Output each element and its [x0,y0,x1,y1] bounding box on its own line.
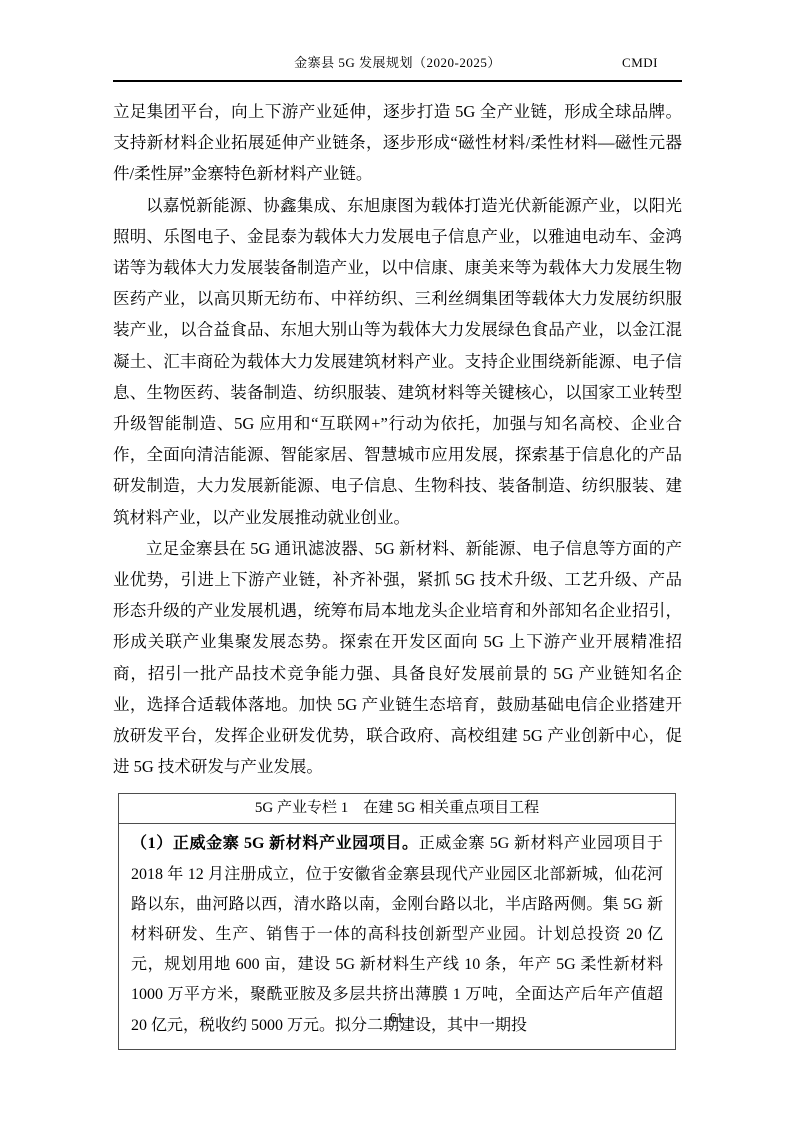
project-box-title: 5G 产业专栏 1 在建 5G 相关重点项目工程 [119,794,675,824]
project-item-description: 正威金寨 5G 新材料产业园项目于 2018 年 12 月注册成立，位于安徽省金… [131,835,663,1033]
document-page: 金寨县 5G 发展规划（2020-2025） CMDI 立足集团平台，向上下游产… [0,0,793,1122]
document-title: 金寨县 5G 发展规划（2020-2025） [113,54,682,72]
body-paragraph-2: 以嘉悦新能源、协鑫集成、东旭康图为载体打造光伏新能源产业，以阳光照明、乐图电子、… [113,190,682,533]
brand-label: CMDI [622,54,658,72]
page-body: 立足集团平台，向上下游产业延伸，逐步打造 5G 全产业链，形成全球品牌。支持新材… [113,96,682,1050]
page-number: 61 [0,1010,793,1026]
project-item-heading: （1）正威金寨 5G 新材料产业园项目。 [131,835,419,852]
body-paragraph-3: 立足金寨县在 5G 通讯滤波器、5G 新材料、新能源、电子信息等方面的产业优势，… [113,533,682,783]
body-paragraph-1: 立足集团平台，向上下游产业延伸，逐步打造 5G 全产业链，形成全球品牌。支持新材… [113,96,682,190]
header-divider [113,80,682,82]
running-head: 金寨县 5G 发展规划（2020-2025） CMDI [113,54,682,76]
